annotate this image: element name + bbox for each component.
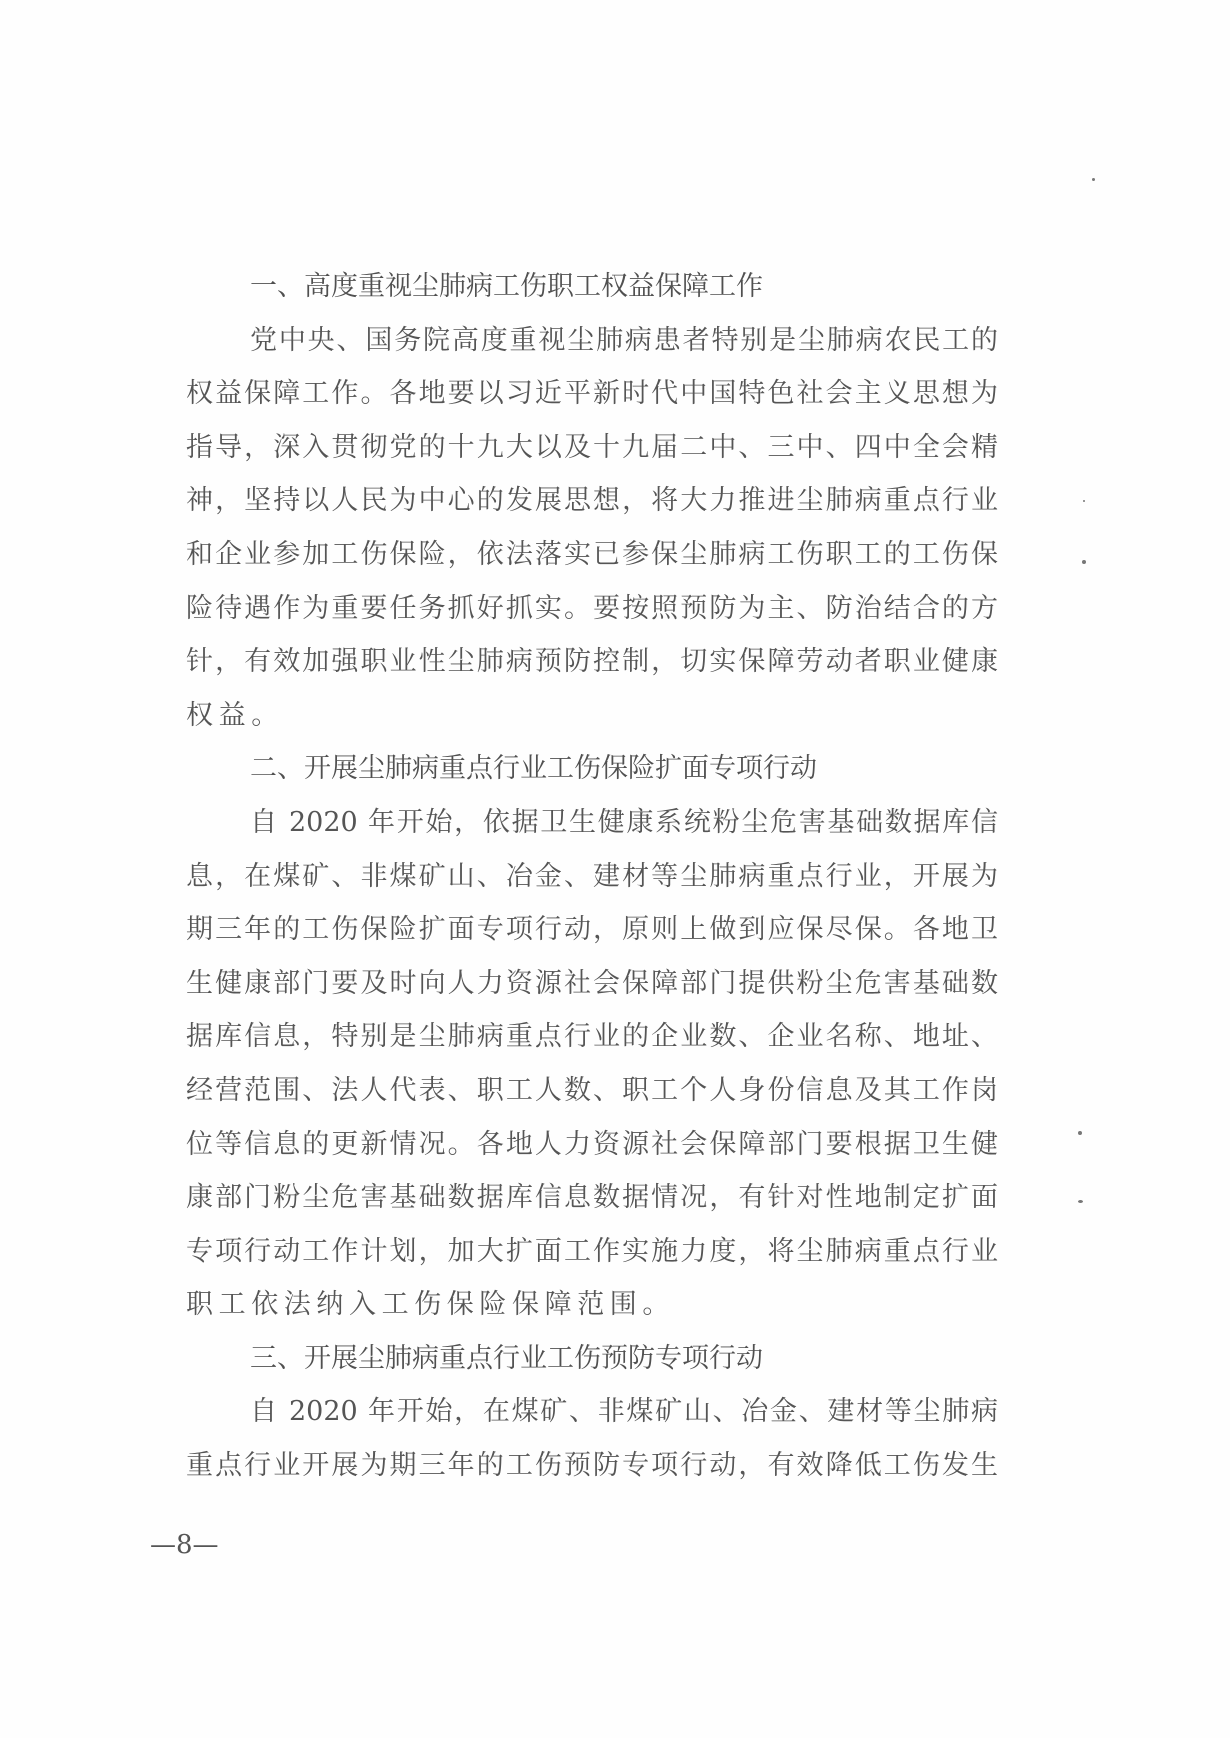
- paragraph-line: 和企业参加工伤保险，依法落实已参保尘肺病工伤职工的工伤保: [186, 528, 998, 582]
- scan-speck: [1083, 500, 1085, 502]
- paragraph-line: 康部门粉尘危害基础数据库信息数据情况，有针对性地制定扩面: [186, 1171, 998, 1225]
- paragraph-line: 针，有效加强职业性尘肺病预防控制，切实保障劳动者职业健康: [186, 635, 998, 689]
- paragraph-line: 位等信息的更新情况。各地人力资源社会保障部门要根据卫生健: [186, 1118, 998, 1172]
- paragraph-line: 重点行业开展为期三年的工伤预防专项行动，有效降低工伤发生: [186, 1439, 998, 1493]
- scan-speck: [1082, 560, 1086, 564]
- document-page: 一、高度重视尘肺病工伤职工权益保障工作 党中央、国务院高度重视尘肺病患者特别是尘…: [0, 0, 1230, 1738]
- scan-speck: [1078, 1200, 1083, 1203]
- paragraph-line: 险待遇作为重要任务抓好抓实。要按照预防为主、防治结合的方: [186, 582, 998, 636]
- paragraph-line: 自 2020 年开始，依据卫生健康系统粉尘危害基础数据库信: [186, 796, 998, 850]
- paragraph-line: 据库信息，特别是尘肺病重点行业的企业数、企业名称、地址、: [186, 1010, 998, 1064]
- paragraph-line: 党中央、国务院高度重视尘肺病患者特别是尘肺病农民工的: [186, 314, 998, 368]
- paragraph-line: 生健康部门要及时向人力资源社会保障部门提供粉尘危害基础数: [186, 957, 998, 1011]
- paragraph-line: 指导，深入贯彻党的十九大以及十九届二中、三中、四中全会精: [186, 421, 998, 475]
- paragraph-line: 权益。: [186, 689, 998, 743]
- section-heading-3: 三、开展尘肺病重点行业工伤预防专项行动: [186, 1332, 998, 1386]
- paragraph-line: 经营范围、法人代表、职工人数、职工个人身份信息及其工作岗: [186, 1064, 998, 1118]
- paragraph-line: 期三年的工伤保险扩面专项行动，原则上做到应保尽保。各地卫: [186, 903, 998, 957]
- paragraph-line: 息，在煤矿、非煤矿山、冶金、建材等尘肺病重点行业，开展为: [186, 850, 998, 904]
- scan-speck: [1092, 178, 1095, 181]
- section-heading-2: 二、开展尘肺病重点行业工伤保险扩面专项行动: [186, 742, 998, 796]
- paragraph-line: 神，坚持以人民为中心的发展思想，将大力推进尘肺病重点行业: [186, 474, 998, 528]
- scan-speck: [1078, 1131, 1082, 1135]
- page-number: —8—: [150, 1530, 219, 1560]
- paragraph-line: 自 2020 年开始，在煤矿、非煤矿山、冶金、建材等尘肺病: [186, 1385, 998, 1439]
- paragraph-line: 专项行动工作计划，加大扩面工作实施力度，将尘肺病重点行业: [186, 1225, 998, 1279]
- section-heading-1: 一、高度重视尘肺病工伤职工权益保障工作: [186, 260, 998, 314]
- document-body: 一、高度重视尘肺病工伤职工权益保障工作 党中央、国务院高度重视尘肺病患者特别是尘…: [186, 260, 998, 1493]
- paragraph-line: 职工依法纳入工伤保险保障范围。: [186, 1278, 998, 1332]
- paragraph-line: 权益保障工作。各地要以习近平新时代中国特色社会主义思想为: [186, 367, 998, 421]
